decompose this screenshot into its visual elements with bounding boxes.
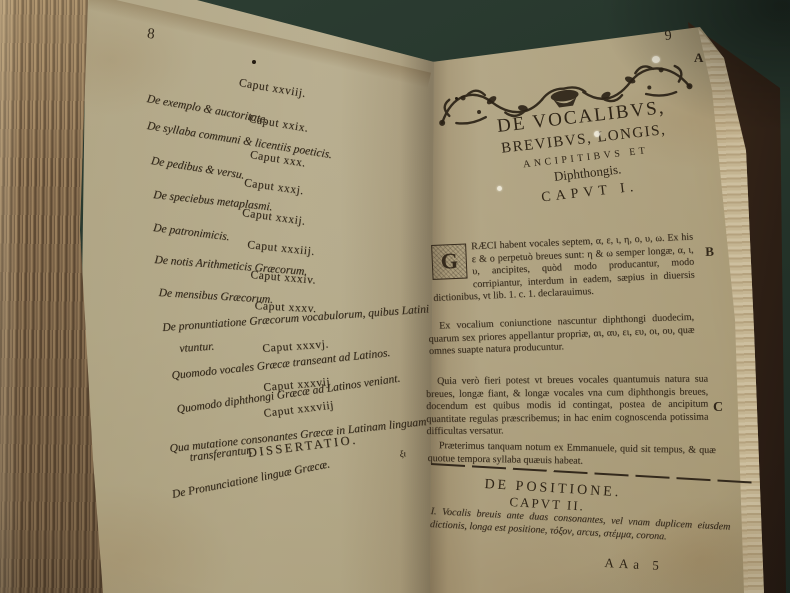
- paper-fleck: [594, 131, 600, 137]
- paper-fleck: [497, 186, 502, 191]
- signature-mark: AAa 5: [604, 555, 664, 574]
- paragraph-1: GRÆCI habent vocales septem, α, ε, ι, η,…: [431, 232, 695, 306]
- marginal-letter-c: C: [713, 400, 723, 416]
- ink-speck: [455, 97, 458, 100]
- quire-mark: ξι: [399, 448, 407, 459]
- book-photo: 8 Caput xxviij. De exemplo & auctoritate…: [0, 0, 790, 593]
- marginal-letter-a: A: [694, 50, 703, 66]
- marginal-letter-b: B: [705, 244, 714, 260]
- toc-title: vtuntur.: [179, 341, 215, 355]
- paragraph-1-text: RÆCI habent vocales septem, α, ε, ι, η, …: [433, 232, 695, 305]
- paper-fleck: [652, 56, 660, 63]
- woodcut-initial: G: [431, 243, 467, 279]
- ink-speck: [252, 60, 256, 64]
- paragraph-3: Quia verò fieri potest vt breues vocales…: [426, 374, 709, 439]
